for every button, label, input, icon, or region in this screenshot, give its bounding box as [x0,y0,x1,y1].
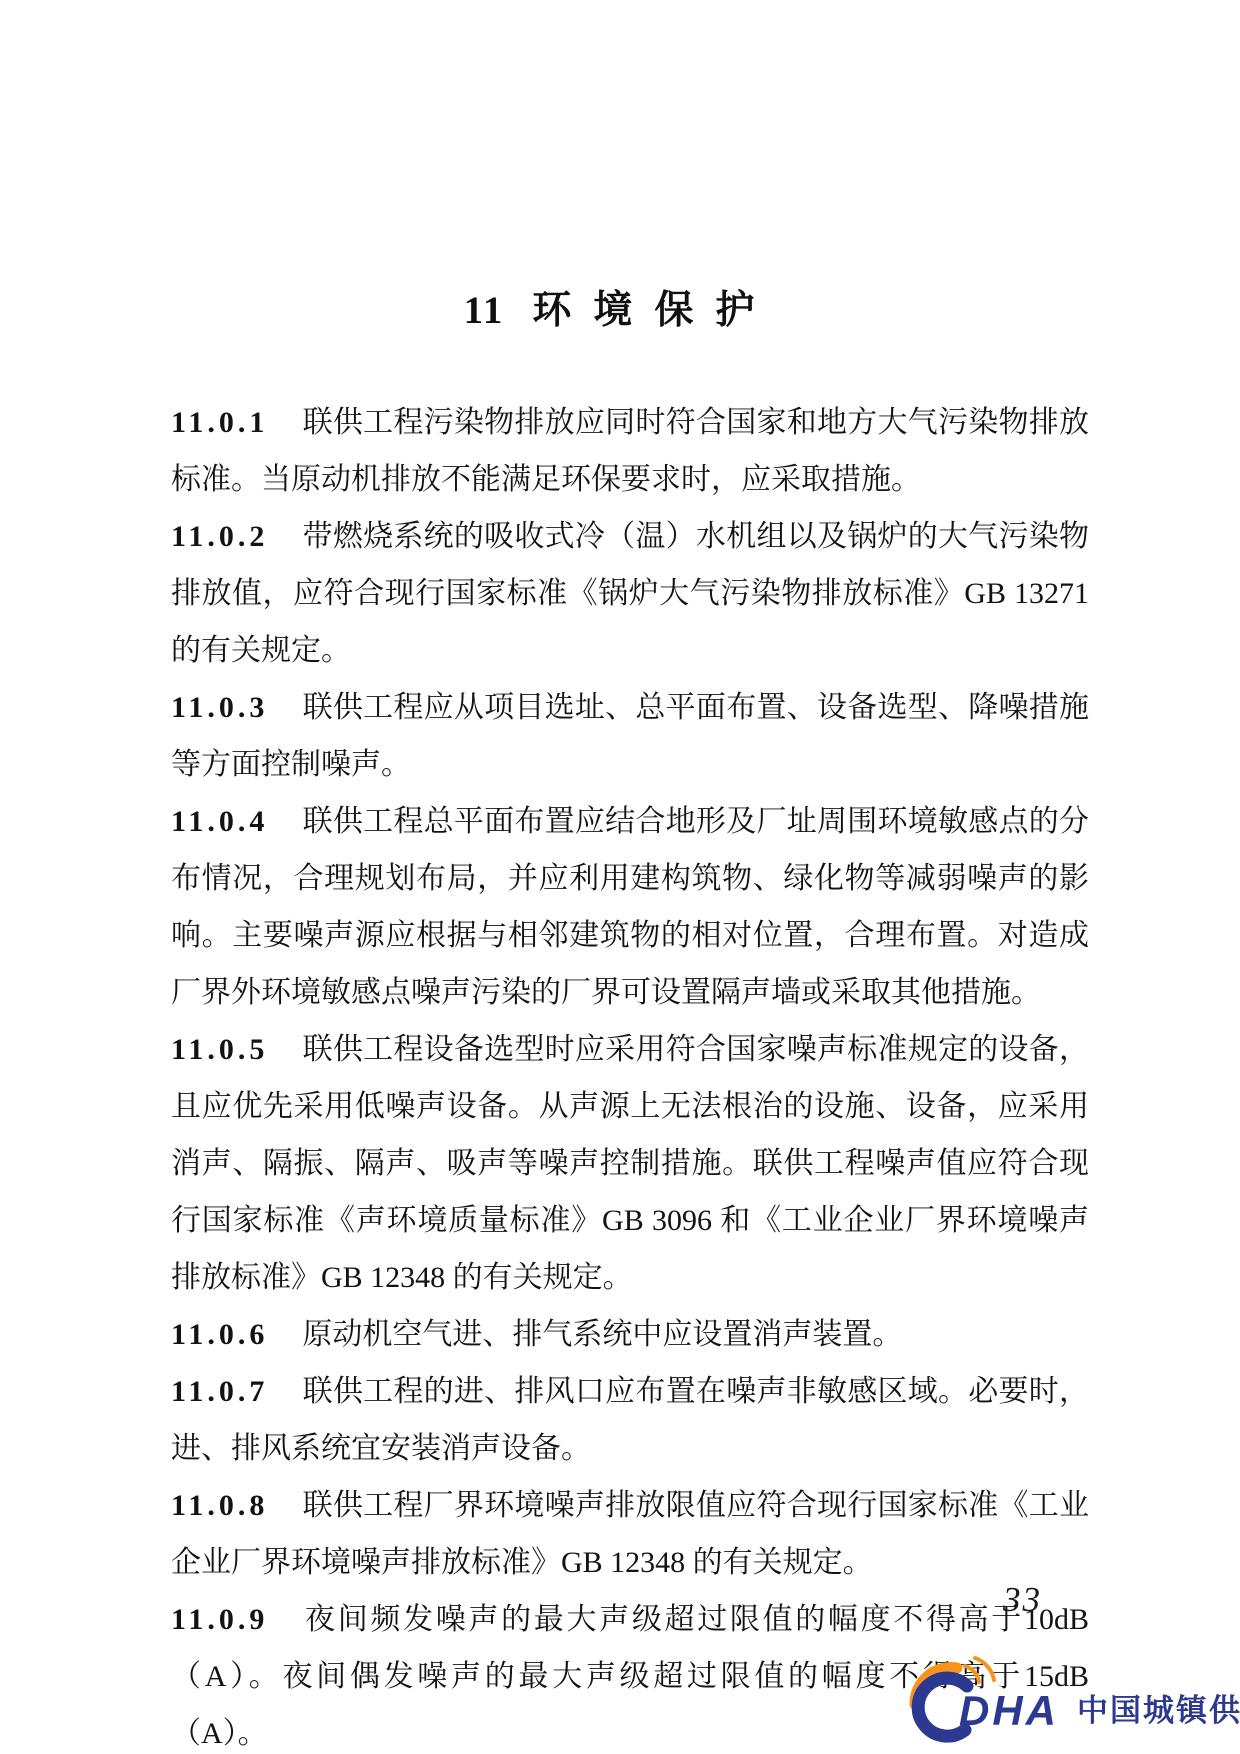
clause-text: 联供工程应从项目选址、总平面布置、设备选型、降噪措施等方面控制噪声。 [171,691,1089,781]
clause-11-0-6: 11.0.6原动机空气进、排气系统中应设置消声装置。 [171,1306,1089,1363]
clause-text: 带燃烧系统的吸收式冷（温）水机组以及锅炉的大气污染物排放值，应符合现行国家标准《… [171,520,1089,667]
document-page: 11环境保护 11.0.1联供工程污染物排放应同时符合国家和地方大气污染物排放标… [0,0,1240,1754]
clause-number: 11.0.4 [171,805,268,838]
clause-text: 联供工程厂界环境噪声排放限值应符合现行国家标准《工业企业厂界环境噪声排放标准》G… [171,1489,1089,1579]
clause-11-0-8: 11.0.8联供工程厂界环境噪声排放限值应符合现行国家标准《工业企业厂界环境噪声… [171,1477,1089,1591]
clause-number: 11.0.9 [171,1603,268,1636]
clause-number: 11.0.3 [171,691,268,724]
logo-abbr: DHA [959,1687,1059,1735]
clause-11-0-4: 11.0.4联供工程总平面布置应结合地形及厂址周围环境敏感点的分布情况，合理规划… [171,793,1089,1021]
chapter-title-text: 环境保护 [532,289,776,332]
clause-11-0-2: 11.0.2带燃烧系统的吸收式冷（温）水机组以及锅炉的大气污染物排放值，应符合现… [171,508,1089,679]
clause-number: 11.0.5 [171,1033,268,1066]
clause-text: 联供工程污染物排放应同时符合国家和地方大气污染物排放标准。当原动机排放不能满足环… [171,406,1089,496]
clause-number: 11.0.6 [171,1318,268,1351]
clause-number: 11.0.1 [171,406,268,439]
cdha-logo: DHA 中国城镇供热协会 [893,1652,1240,1747]
page-number: 33 [1003,1580,1042,1620]
clause-number: 11.0.8 [171,1489,268,1522]
clause-number: 11.0.2 [171,520,268,553]
clause-11-0-7: 11.0.7联供工程的进、排风口应布置在噪声非敏感区域。必要时，进、排风系统宜安… [171,1363,1089,1477]
clause-text: 原动机空气进、排气系统中应设置消声装置。 [302,1318,902,1351]
clause-number: 11.0.7 [171,1375,268,1408]
document-body: 11.0.1联供工程污染物排放应同时符合国家和地方大气污染物排放标准。当原动机排… [171,394,1089,1754]
clause-11-0-5: 11.0.5联供工程设备选型时应采用符合国家噪声标准规定的设备，且应优先采用低噪… [171,1021,1089,1306]
clause-text: 联供工程总平面布置应结合地形及厂址周围环境敏感点的分布情况，合理规划布局，并应利… [171,805,1089,1009]
clause-11-0-1: 11.0.1联供工程污染物排放应同时符合国家和地方大气污染物排放标准。当原动机排… [171,394,1089,508]
logo-association-name: 中国城镇供热协会 [1077,1685,1240,1730]
clause-text: 联供工程设备选型时应采用符合国家噪声标准规定的设备，且应优先采用低噪声设备。从声… [171,1033,1089,1294]
chapter-number: 11 [464,289,505,332]
chapter-heading: 11环境保护 [0,288,1240,334]
clause-11-0-3: 11.0.3联供工程应从项目选址、总平面布置、设备选型、降噪措施等方面控制噪声。 [171,679,1089,793]
clause-text: 联供工程的进、排风口应布置在噪声非敏感区域。必要时，进、排风系统宜安装消声设备。 [171,1375,1089,1465]
